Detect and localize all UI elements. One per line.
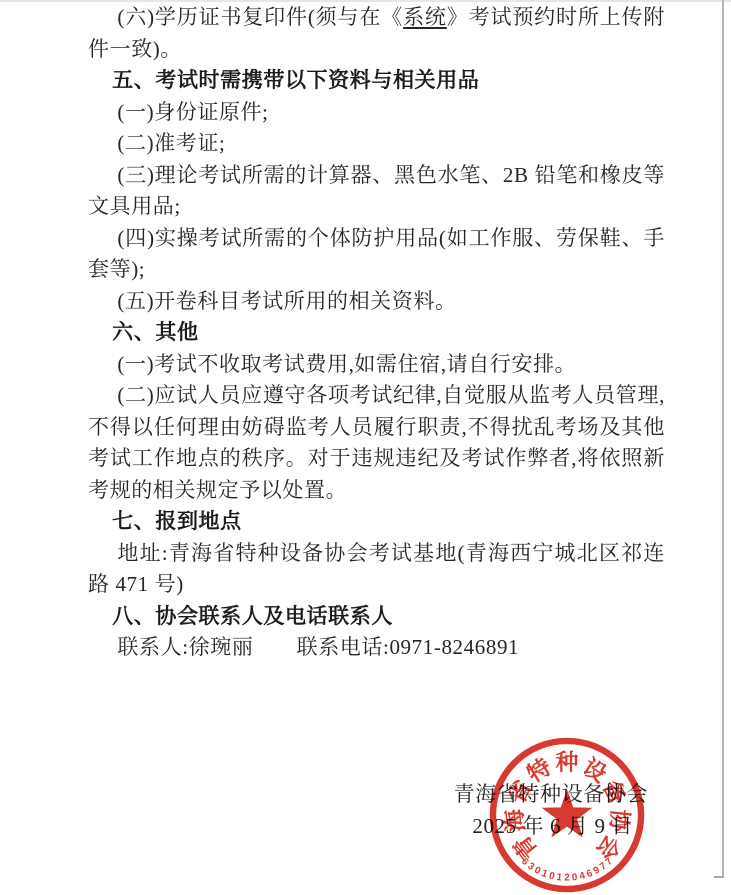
other-item-2: (二)应试人员应遵守各项考试纪律,自觉服从监考人员管理,不得以任何理由妨碍监考人… (88, 380, 665, 506)
other-item-1: (一)考试不收取考试费用,如需住宿,请自行安排。 (88, 349, 665, 381)
underlined-term: 系统 (403, 5, 447, 29)
svg-text:海: 海 (500, 808, 528, 834)
svg-text:种: 种 (555, 749, 579, 775)
svg-text:0: 0 (548, 870, 556, 882)
address-line: 地址:青海省特种设备协会考试基地(青海西宁城北区祁连路 471 号) (88, 538, 665, 601)
paragraph-item-6: (六)学历证书复印件(须与在《系统》考试预约时所上传附件一致)。 (88, 2, 665, 65)
paragraph-text: (六)学历证书复印件(须与在《 (117, 5, 403, 29)
svg-text:备: 备 (598, 776, 631, 808)
section-heading-7: 七、报到地点 (88, 506, 665, 538)
list-item-5: (五)开卷科目考试所用的相关资料。 (88, 286, 665, 318)
contact-line: 联系人:徐琬丽 联系电话:0971-8246891 (88, 632, 665, 664)
list-item-2: (二)准考证; (88, 128, 665, 160)
section-heading-8: 八、协会联系人及电话联系人 (88, 601, 665, 633)
document-body: (六)学历证书复印件(须与在《系统》考试预约时所上传附件一致)。 五、考试时需携… (88, 2, 665, 664)
seal-star-icon (542, 789, 593, 837)
svg-text:特: 特 (523, 754, 556, 787)
list-item-4: (四)实操考试所需的个体防护用品(如工作服、劳保鞋、手套等); (88, 223, 665, 286)
svg-text:协: 协 (605, 808, 632, 834)
svg-text:2: 2 (564, 873, 570, 884)
svg-text:1: 1 (556, 872, 563, 884)
section-heading-5: 五、考试时需携带以下资料与相关用品 (88, 65, 665, 97)
section-heading-6: 六、其他 (88, 317, 665, 349)
official-seal: 青海省特种设备协会 6301012046977 (488, 736, 646, 894)
list-item-3: (三)理论考试所需的计算器、黑色水笔、2B 铅笔和橡皮等文具用品; (88, 160, 665, 223)
page-right-edge-line (722, 0, 724, 877)
page-right-edge-corner (714, 876, 724, 878)
svg-text:0: 0 (571, 872, 578, 884)
list-item-1: (一)身份证原件; (88, 97, 665, 129)
